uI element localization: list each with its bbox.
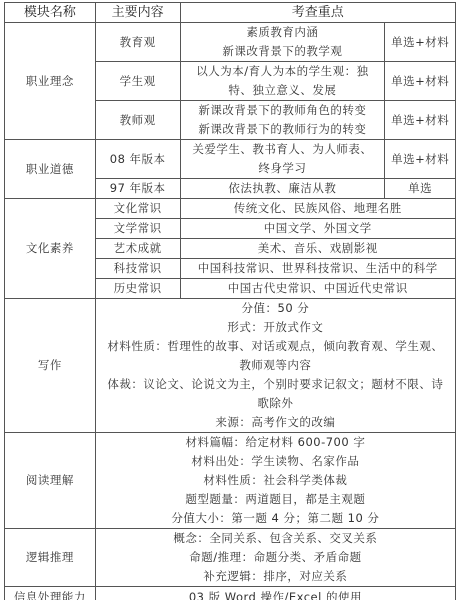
- module-name: 阅读理解: [5, 433, 96, 529]
- focus-line: 体裁：议论文、论说文为主，个别时要求记叙文；题材不限、诗: [99, 375, 452, 394]
- table-row: 信息处理能力 03 版 Word 操作/Excel 的使用: [5, 587, 456, 600]
- header-content: 主要内容: [95, 3, 180, 23]
- table-row: 文化素养 文化常识 传统文化、民族风俗、地理名胜: [5, 199, 456, 219]
- question-type: 单选+材料: [385, 23, 456, 62]
- table-row: 逻辑推理 概念：全同关系、包含关系、交叉关系 命题/推理：命题分类、矛盾命题 补…: [5, 529, 456, 587]
- focus-cell: 中国古代史常识、中国近代史常识: [180, 279, 455, 299]
- focus-cell: 传统文化、民族风俗、地理名胜: [180, 199, 455, 219]
- table-row: 写作 分值：50 分 形式：开放式作文 材料性质：哲理性的故事、对话或观点，倾向…: [5, 299, 456, 433]
- content-cell: 艺术成就: [95, 239, 180, 259]
- focus-cell: 素质教育内涵 新课改背景下的教学观: [180, 23, 385, 62]
- content-cell: 科技常识: [95, 259, 180, 279]
- focus-line: 新课改背景下的教师角色的转变: [184, 101, 382, 120]
- module-name: 逻辑推理: [5, 529, 96, 587]
- focus-line: 特、独立意义、发展: [184, 81, 382, 100]
- question-type: 单选+材料: [385, 140, 456, 179]
- content-cell: 历史常识: [95, 279, 180, 299]
- content-cell: 教师观: [95, 101, 180, 140]
- focus-line: 形式：开放式作文: [99, 318, 452, 337]
- focus-line: 以人为本/育人为本的学生观：独: [184, 62, 382, 81]
- focus-line: 来源：高考作文的改编: [99, 413, 452, 432]
- focus-cell: 以人为本/育人为本的学生观：独 特、独立意义、发展: [180, 62, 385, 101]
- focus-line: 材料篇幅：给定材料 600-700 字: [99, 433, 452, 452]
- focus-line: 补充逻辑：排序，对应关系: [99, 567, 452, 586]
- content-cell: 教育观: [95, 23, 180, 62]
- table-row: 职业道德 08 年版本 关爱学生、教书育人、为人师表、 终身学习 单选+材料: [5, 140, 456, 179]
- focus-line: 材料性质：社会科学类体裁: [99, 471, 452, 490]
- focus-line: 材料性质：哲理性的故事、对话或观点，倾向教育观、学生观、: [99, 337, 452, 356]
- focus-cell: 美术、音乐、戏剧影视: [180, 239, 455, 259]
- header-focus: 考查重点: [180, 3, 455, 23]
- focus-line: 分值：50 分: [99, 299, 452, 318]
- focus-line: 材料出处：学生读物、名家作品: [99, 452, 452, 471]
- focus-cell: 关爱学生、教书育人、为人师表、 终身学习: [180, 140, 385, 179]
- focus-line: 歌除外: [99, 394, 452, 413]
- focus-cell: 依法执教、廉洁从教: [180, 179, 385, 199]
- question-type: 单选: [385, 179, 456, 199]
- module-name: 写作: [5, 299, 96, 433]
- table-row: 职业理念 教育观 素质教育内涵 新课改背景下的教学观 单选+材料: [5, 23, 456, 62]
- module-name: 职业道德: [5, 140, 96, 199]
- focus-cell: 分值：50 分 形式：开放式作文 材料性质：哲理性的故事、对话或观点，倾向教育观…: [95, 299, 455, 433]
- focus-line: 新课改背景下的教师行为的转变: [184, 120, 382, 139]
- content-cell: 文化常识: [95, 199, 180, 219]
- content-cell: 97 年版本: [95, 179, 180, 199]
- focus-cell: 03 版 Word 操作/Excel 的使用: [95, 587, 455, 600]
- focus-cell: 中国科技常识、世界科技常识、生活中的科学: [180, 259, 455, 279]
- content-cell: 文学常识: [95, 219, 180, 239]
- module-name: 信息处理能力: [5, 587, 96, 600]
- focus-line: 题型题量：两道题目，都是主观题: [99, 490, 452, 509]
- content-cell: 08 年版本: [95, 140, 180, 179]
- question-type: 单选+材料: [385, 62, 456, 101]
- focus-line: 终身学习: [184, 159, 382, 178]
- module-name: 文化素养: [5, 199, 96, 299]
- focus-cell: 中国文学、外国文学: [180, 219, 455, 239]
- header-module: 模块名称: [5, 3, 96, 23]
- focus-line: 关爱学生、教书育人、为人师表、: [184, 140, 382, 159]
- table-row: 阅读理解 材料篇幅：给定材料 600-700 字 材料出处：学生读物、名家作品 …: [5, 433, 456, 529]
- focus-line: 新课改背景下的教学观: [184, 42, 382, 61]
- header-row: 模块名称 主要内容 考查重点: [5, 3, 456, 23]
- focus-line: 素质教育内涵: [184, 23, 382, 42]
- focus-cell: 新课改背景下的教师角色的转变 新课改背景下的教师行为的转变: [180, 101, 385, 140]
- question-type: 单选+材料: [385, 101, 456, 140]
- focus-cell: 材料篇幅：给定材料 600-700 字 材料出处：学生读物、名家作品 材料性质：…: [95, 433, 455, 529]
- focus-cell: 概念：全同关系、包含关系、交叉关系 命题/推理：命题分类、矛盾命题 补充逻辑：排…: [95, 529, 455, 587]
- content-cell: 学生观: [95, 62, 180, 101]
- module-name: 职业理念: [5, 23, 96, 140]
- exam-outline-table: 模块名称 主要内容 考查重点 职业理念 教育观 素质教育内涵 新课改背景下的教学…: [4, 2, 456, 600]
- focus-line: 分值大小：第一题 4 分；第二题 10 分: [99, 509, 452, 528]
- focus-line: 概念：全同关系、包含关系、交叉关系: [99, 529, 452, 548]
- focus-line: 教师观等内容: [99, 356, 452, 375]
- focus-line: 命题/推理：命题分类、矛盾命题: [99, 548, 452, 567]
